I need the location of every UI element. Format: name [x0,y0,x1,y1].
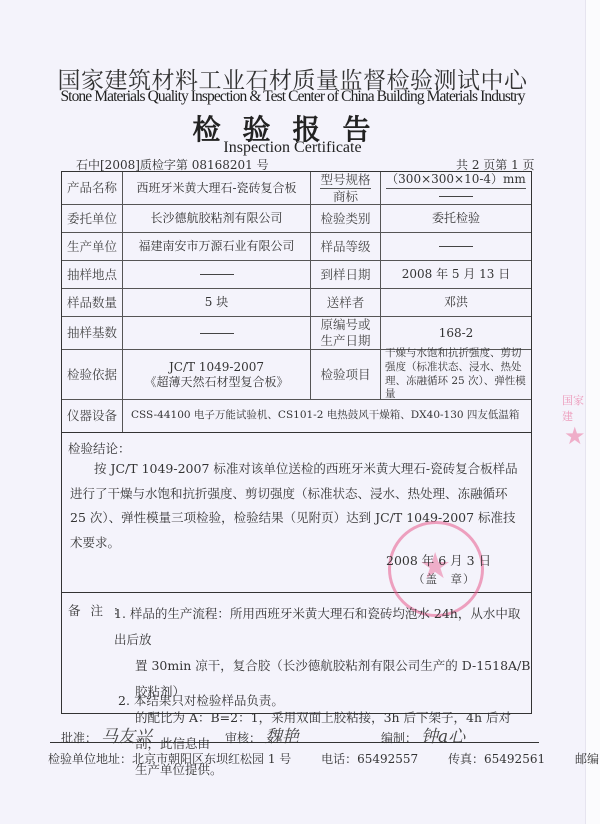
sampling-place-value [123,261,311,288]
sample-qty-value: 5 块 [123,289,311,316]
conclusion-date: 2008 年 6 月 3 日 [386,551,491,569]
brand-label: 商标 [333,189,358,205]
side-seal: 国家建 ★ [562,392,588,492]
model-brand-values: （300×300×10-4）mm [381,172,531,204]
remarks-section: 备注： 1. 样品的生产流程：所用西班牙米黄大理石和瓷砖均泡水 24h，从水中取… [62,593,531,713]
sender-label: 送样者 [311,289,381,316]
empty-dash [439,196,473,197]
orig-no-label-line2: 生产日期 [320,333,370,349]
table-row: 检验依据 JC/T 1049-2007 《超薄天然石材型复合板》 检验项目 干燥… [62,350,531,400]
review-handwriting: 魏艳 [265,727,299,747]
table-row: 生产单位 福建南安市万源石业有限公司 样品等级 [62,233,531,261]
sender-value: 邓洪 [381,289,531,316]
brand-value [439,189,473,205]
basis-standard-name: 《超薄天然石材型复合板》 [144,375,288,390]
empty-dash [200,333,234,334]
footer-postcode: 邮编：100018 [575,752,600,766]
footer-fax: 传真：65492561 [448,752,545,766]
equipment-value: CSS-44100 电子万能试验机、CS101-2 电热鼓风干燥箱、DX40-1… [123,400,531,432]
approve-signature: 批准：马友兴 [61,722,152,747]
footer-address: 检验单位地址：北京市朝阳区东坝红松园 1 号 [48,752,291,766]
items-label: 检验项目 [311,350,381,399]
side-seal-text: 国家建 [562,392,588,424]
product-name-value: 西班牙米黄大理石-瓷砖复合板 [123,172,311,204]
basis-label: 检验依据 [62,350,123,399]
producer-value: 福建南安市万源石业有限公司 [123,233,311,260]
conclusion-section: 检验结论： 按 JC/T 1049-2007 标准对该单位送检的西班牙米黄大理石… [62,433,531,593]
org-name-en: Stone Materials Quality Inspection & Tes… [0,88,585,106]
grade-label: 样品等级 [311,233,381,260]
sampling-base-label: 抽样基数 [62,317,123,349]
model-value: （300×300×10-4）mm [386,172,526,189]
empty-dash [200,274,234,275]
inspection-table: 产品名称 西班牙米黄大理石-瓷砖复合板 型号规格 商标 （300×300×10-… [61,171,532,714]
inspection-type-label: 检验类别 [311,205,381,232]
model-brand-labels: 型号规格 商标 [311,172,381,204]
producer-label: 生产单位 [62,233,123,260]
table-row: 样品数量 5 块 送样者 邓洪 [62,289,531,317]
approve-handwriting: 马友兴 [101,727,152,747]
footer: 检验单位地址：北京市朝阳区东坝红松园 1 号 电话：65492557 传真：65… [48,750,600,767]
product-name-label: 产品名称 [62,172,123,204]
footer-phone: 电话：65492557 [321,752,418,766]
sample-qty-label: 样品数量 [62,289,123,316]
grade-value [381,233,531,260]
model-label: 型号规格 [320,172,370,189]
table-row: 产品名称 西班牙米黄大理石-瓷砖复合板 型号规格 商标 （300×300×10-… [62,172,531,205]
seal-label: （盖 章） [413,571,476,587]
table-row: 委托单位 长沙德航胶粘剂有限公司 检验类别 委托检验 [62,205,531,233]
orig-no-label-line1: 原编号或 [320,317,370,333]
client-label: 委托单位 [62,205,123,232]
table-row: 抽样地点 到样日期 2008 年 5 月 13 日 [62,261,531,289]
empty-dash [439,246,473,247]
equipment-label: 仪器设备 [62,400,123,432]
items-value: 干燥与水饱和抗折强度、剪切强度（标准状态、浸水、热处理、冻融循环 25 次）、弹… [381,350,531,399]
review-signature: 审核：魏艳 [225,722,299,747]
remarks-item-2: 2. 本结果只对检验样品负责。 [114,691,284,709]
orig-no-value: 168-2 [381,317,531,349]
orig-no-label: 原编号或 生产日期 [311,317,381,349]
basis-standard: JC/T 1049-2007 [169,360,264,375]
table-row: 仪器设备 CSS-44100 电子万能试验机、CS101-2 电热鼓风干燥箱、D… [62,400,531,433]
arrival-date-value: 2008 年 5 月 13 日 [381,261,531,288]
sampling-place-label: 抽样地点 [62,261,123,288]
footer-divider [50,742,539,743]
client-value: 长沙德航胶粘剂有限公司 [123,205,311,232]
compile-signature: 编制：钟a心 [381,722,465,747]
inspection-type-value: 委托检验 [381,205,531,232]
table-row: 抽样基数 原编号或 生产日期 168-2 [62,317,531,350]
sampling-base-value [123,317,311,349]
basis-value: JC/T 1049-2007 《超薄天然石材型复合板》 [123,350,311,399]
remarks-line: 1. 样品的生产流程：所用西班牙米黄大理石和瓷砖均泡水 24h，从水中取出后放 [114,606,520,647]
compile-handwriting: 钟a心 [421,727,465,747]
conclusion-label: 检验结论： [68,439,131,457]
report-subtitle: Inspection Certificate [0,139,585,157]
star-icon: ★ [564,422,586,450]
arrival-date-label: 到样日期 [311,261,381,288]
